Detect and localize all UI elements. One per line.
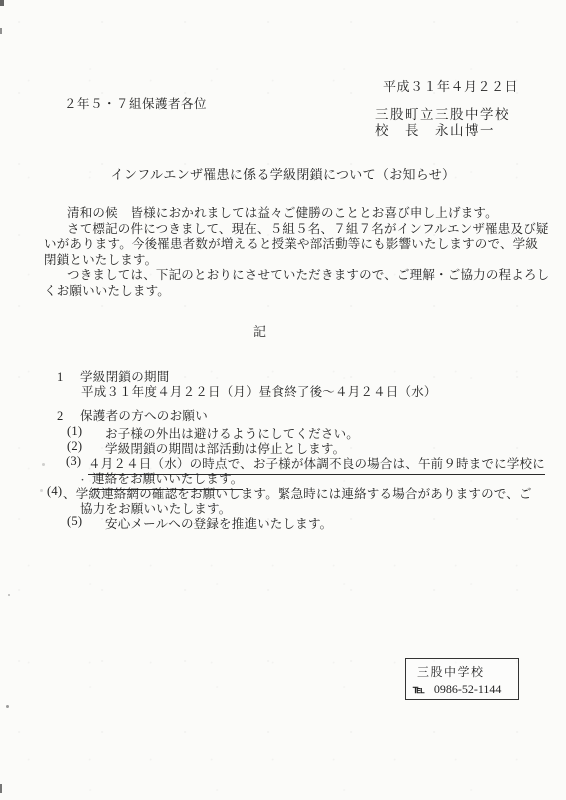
- body-paragraphs: 清和の候 皆様におかれましては益々ご健勝のこととお喜び申し上げます。 さて標記の…: [44, 206, 549, 299]
- body-line: いがあります。今後罹患者数が増えると授業や部活動等にも影響いたしますので、学級: [44, 237, 549, 253]
- body-line: つきましては、下記のとおりにさせていただきますので、ご理解・ご協力の程よろし: [44, 268, 549, 284]
- closure-period: 平成３１年度４月２２日（月）昼食終了後～４月２４日（水）: [81, 382, 437, 400]
- scan-artifact: [6, 705, 9, 708]
- scan-artifact: [0, 784, 2, 793]
- section1-number: 1: [57, 370, 80, 385]
- scan-artifact: [0, 28, 2, 34]
- contact-box: 三股中学校 ℡0986-52-1144: [405, 658, 519, 700]
- request-item-1-marker: (1): [67, 424, 82, 439]
- scan-artifact: [40, 489, 43, 492]
- body-line: 清和の候 皆様におかれましては益々ご健勝のこととお喜び申し上げます。: [44, 206, 549, 222]
- section2-number: 2: [57, 409, 80, 424]
- scan-artifact: [8, 594, 10, 596]
- record-marker: 記: [253, 321, 266, 340]
- request-item-5-marker: (5): [67, 514, 82, 529]
- sender-principal: 校 長 永山博一: [375, 119, 495, 139]
- contact-tel-line: ℡0986-52-1144: [413, 682, 518, 697]
- section2-heading-text: 保護者の方へのお願い: [80, 409, 208, 423]
- tel-number: 0986-52-1144: [434, 682, 502, 696]
- recipient-line: ２年５・７組保護者各位: [64, 94, 207, 112]
- scan-artifact: [0, 0, 4, 6]
- notice-title: インフルエンザ罹患に係る学級閉鎖について（お知らせ）: [0, 164, 566, 183]
- contact-school-name: 三股中学校: [417, 663, 518, 680]
- body-line: くお願いいたします。: [44, 284, 549, 300]
- request-item-4-marker: (4): [47, 484, 62, 499]
- body-line: 閉鎖といたします。: [44, 253, 549, 269]
- request-item-5-text: 安心メールへの登録を推進いたします。: [105, 514, 332, 532]
- scanned-notice-page: 平成３１年４月２２日 ２年５・７組保護者各位 三股町立三股中学校 校 長 永山博…: [0, 0, 566, 800]
- issue-date: 平成３１年４月２２日: [383, 76, 518, 95]
- body-line: さて標記の件につきまして、現在、５組５名、７組７名がインフルエンザ罹患及び疑: [44, 222, 549, 238]
- request-item-3-marker: (3): [66, 454, 81, 469]
- scan-artifact: [42, 463, 45, 466]
- tel-icon: ℡: [413, 684, 425, 696]
- request-item-2-marker: (2): [67, 439, 82, 454]
- section2-heading: 2保護者の方へのお願い: [57, 406, 208, 424]
